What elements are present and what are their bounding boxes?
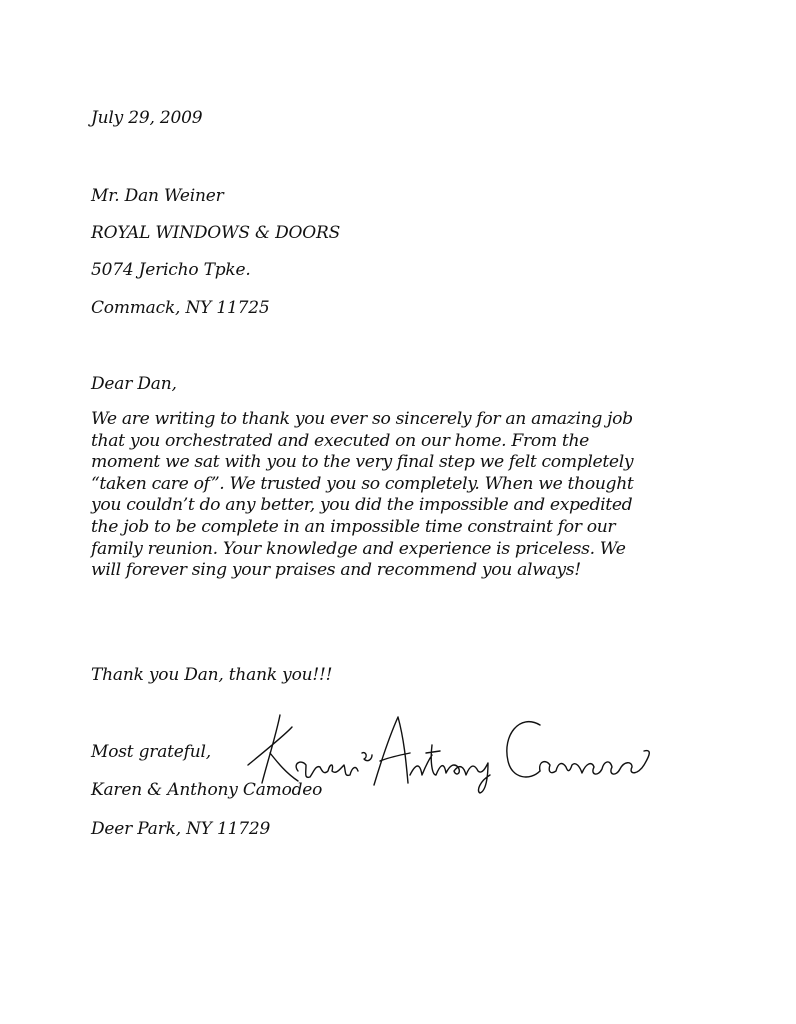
closing: Most grateful, bbox=[91, 742, 211, 762]
thanks-line: Thank you Dan, thank you!!! bbox=[91, 665, 332, 685]
signer-name: Karen & Anthony Camodeo bbox=[91, 780, 322, 800]
body-line: “taken care of”. We trusted you so compl… bbox=[91, 474, 781, 496]
body-line: the job to be complete in an impossible … bbox=[91, 517, 781, 539]
signer-location: Deer Park, NY 11729 bbox=[91, 819, 270, 839]
letter-body: We are writing to thank you ever so sinc… bbox=[91, 409, 781, 582]
body-line: you couldn’t do any better, you did the … bbox=[91, 495, 781, 517]
body-line: will forever sing your praises and recom… bbox=[91, 560, 781, 582]
body-line: that you orchestrated and executed on ou… bbox=[91, 431, 781, 453]
letter-page: July 29, 2009 Mr. Dan Weiner ROYAL WINDO… bbox=[0, 0, 796, 1024]
recipient-city-state-zip: Commack, NY 11725 bbox=[91, 298, 269, 318]
body-line: We are writing to thank you ever so sinc… bbox=[91, 409, 781, 431]
letter-date: July 29, 2009 bbox=[91, 108, 202, 128]
salutation: Dear Dan, bbox=[91, 374, 177, 394]
recipient-street: 5074 Jericho Tpke. bbox=[91, 260, 251, 280]
recipient-company: ROYAL WINDOWS & DOORS bbox=[91, 223, 340, 243]
body-line: moment we sat with you to the very final… bbox=[91, 452, 781, 474]
body-line: family reunion. Your knowledge and exper… bbox=[91, 539, 781, 561]
recipient-name: Mr. Dan Weiner bbox=[91, 186, 224, 206]
